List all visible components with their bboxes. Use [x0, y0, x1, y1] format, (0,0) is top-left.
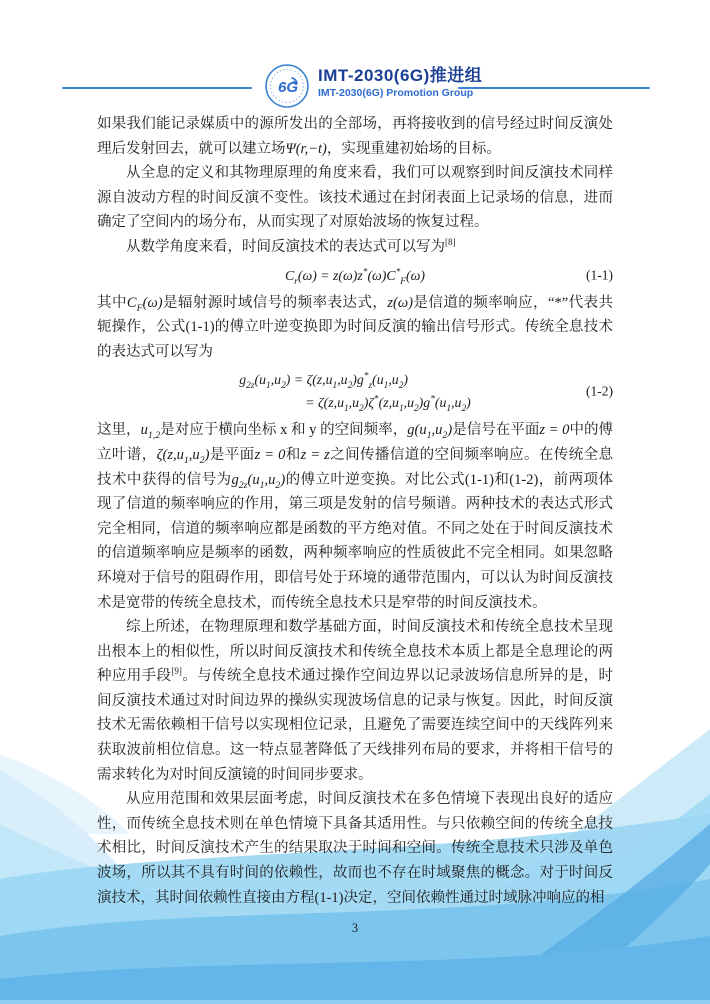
- paragraph: 从应用范围和效果层面考虑，时间反演技术在多色情境下表现出良好的适应性，而传统全息…: [97, 787, 613, 910]
- header-rule-right: [458, 87, 650, 89]
- equation-number: (1-1): [586, 264, 613, 287]
- reference-marker: [8]: [445, 237, 456, 247]
- org-title-cn: IMT-2030(6G)推进组: [318, 66, 482, 86]
- paragraph: 从全息的定义和其物理原理的角度来看，我们可以观察到时间反演技术同样源自波动方程的…: [97, 161, 613, 235]
- paragraph: 这里，u1,2是对应于横向坐标 x 和 y 的空间频率，g(u1,u2)是信号在…: [97, 418, 613, 615]
- equation: g2z(u1,u2) = ζ(z,u1,u2)g*z(u1,u2)= ζ(z,u…: [97, 368, 613, 414]
- header-rule-left: [62, 87, 252, 89]
- paragraph: 从数学角度来看，时间反演技术的表达式可以写为[8]: [97, 235, 613, 260]
- document-body: 如果我们能记录媒质中的源所发出的全部场，再将接收到的信号经过时间反演处理后发射回…: [97, 112, 613, 910]
- paragraph: 如果我们能记录媒质中的源所发出的全部场，再将接收到的信号经过时间反演处理后发射回…: [97, 112, 613, 161]
- equation-number: (1-2): [586, 380, 613, 403]
- equation: Cr(ω) = z(ω)z*(ω)C*F(ω)(1-1): [97, 264, 613, 287]
- document-page: 6G IMT-2030(6G)推进组 IMT-2030(6G) Promotio…: [0, 0, 710, 1004]
- equation-line: Cr(ω) = z(ω)z*(ω)C*F(ω): [285, 264, 425, 287]
- paragraph: 综上所述，在物理原理和数学基础方面，时间反演技术和传统全息技术呈现出根本上的相似…: [97, 615, 613, 787]
- equation-line: = ζ(z,u1,u2)ζ*(z,u1,u2)g*(u1,u2): [305, 391, 470, 414]
- equation-line: g2z(u1,u2) = ζ(z,u1,u2)g*z(u1,u2): [239, 368, 470, 391]
- paragraph: 其中CF(ω)是辐射源时域信号的频率表达式，z(ω)是信道的频率响应，“*”代表…: [97, 291, 613, 365]
- reference-marker: [9]: [171, 666, 182, 676]
- page-header: 6G IMT-2030(6G)推进组 IMT-2030(6G) Promotio…: [0, 60, 710, 112]
- org-title-block: IMT-2030(6G)推进组 IMT-2030(6G) Promotion G…: [318, 66, 482, 100]
- svg-text:6G: 6G: [278, 79, 298, 96]
- page-number: 3: [0, 921, 710, 936]
- 6g-logo-icon: 6G: [265, 64, 309, 108]
